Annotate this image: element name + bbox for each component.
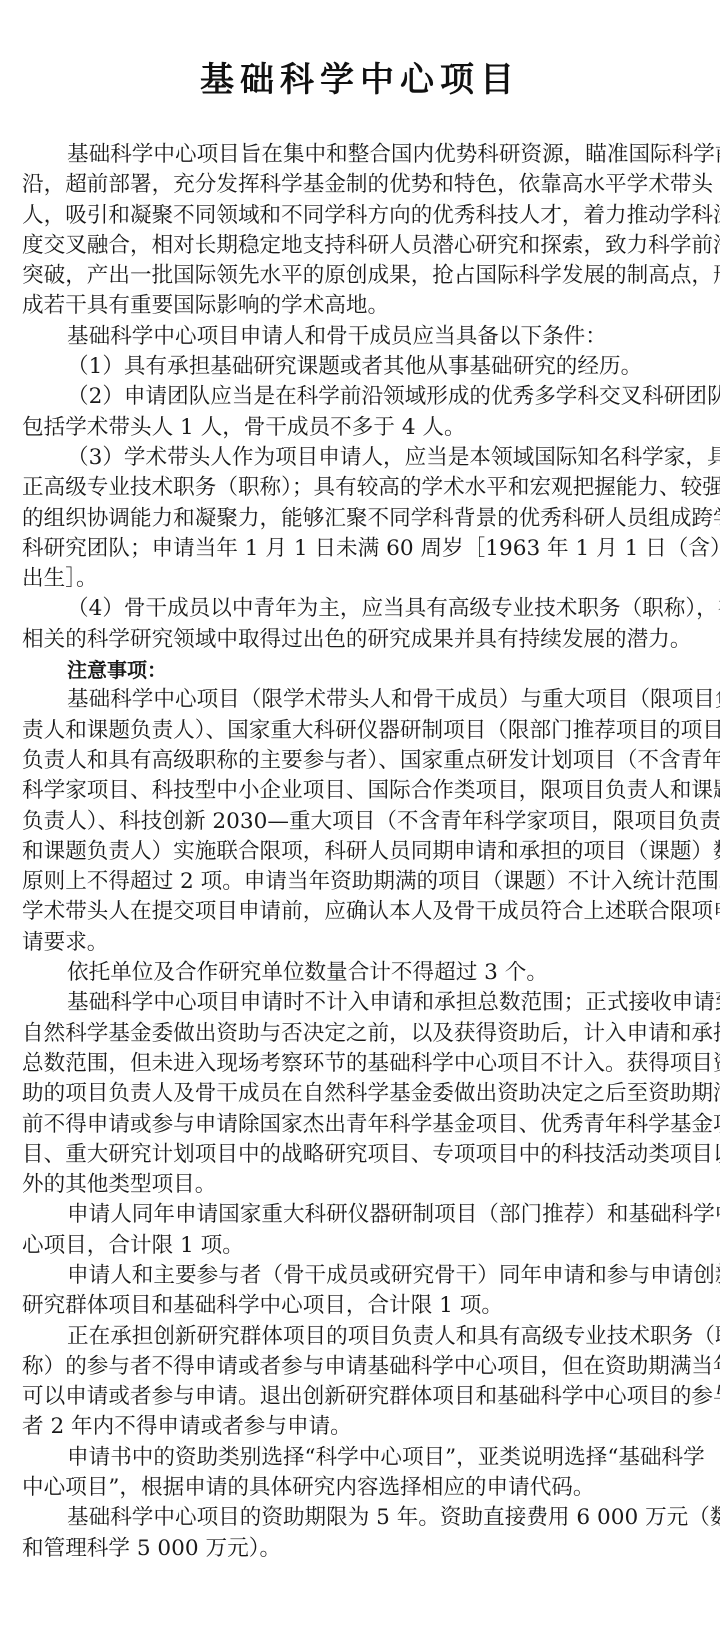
text-line: （2）申请团队应当是在科学前沿领域形成的优秀多学科交叉科研团队，	[22, 382, 698, 412]
text-line: 度交叉融合，相对长期稳定地支持科研人员潜心研究和探索，致力科学前沿	[22, 231, 698, 261]
text-line: 的组织协调能力和凝聚力，能够汇聚不同学科背景的优秀科研人员组成跨学	[22, 504, 698, 534]
text-line: 负责人）、科技创新 2030—重大项目（不含青年科学家项目，限项目负责人	[22, 807, 698, 837]
text-line: 基础科学中心项目申请人和骨干成员应当具备以下条件：	[22, 322, 698, 352]
text-line: 负责人和具有高级职称的主要参与者）、国家重点研发计划项目（不含青年	[22, 746, 698, 776]
section-heading: 注意事项：	[22, 655, 698, 685]
text-line: 科学家项目、科技型中小企业项目、国际合作类项目，限项目负责人和课题	[22, 776, 698, 806]
text-line: （4）骨干成员以中青年为主，应当具有高级专业技术职务（职称），在	[22, 594, 698, 624]
text-line: 责人和课题负责人）、国家重大科研仪器研制项目（限部门推荐项目的项目	[22, 716, 698, 746]
text-line: 和管理科学 5 000 万元）。	[22, 1534, 698, 1564]
text-line: 成若干具有重要国际影响的学术高地。	[22, 291, 698, 321]
text-line: 基础科学中心项目申请时不计入申请和承担总数范围；正式接收申请到	[22, 988, 698, 1018]
text-line: 申请书中的资助类别选择“科学中心项目”，亚类说明选择“基础科学	[22, 1443, 698, 1473]
text-line: 出生］。	[22, 564, 698, 594]
text-line: 基础科学中心项目旨在集中和整合国内优势科研资源，瞄准国际科学前	[22, 140, 698, 170]
text-line: 和课题负责人）实施联合限项，科研人员同期申请和承担的项目（课题）数	[22, 837, 698, 867]
text-line: 正在承担创新研究群体项目的项目负责人和具有高级专业技术职务（职	[22, 1322, 698, 1352]
text-line: 沿，超前部署，充分发挥科学基金制的优势和特色，依靠高水平学术带头	[22, 170, 698, 200]
text-line: 申请人和主要参与者（骨干成员或研究骨干）同年申请和参与申请创新	[22, 1261, 698, 1291]
text-line: 科研究团队；申请当年 1 月 1 日未满 60 周岁［1963 年 1 月 1 …	[22, 534, 698, 564]
text-line: 人，吸引和凝聚不同领域和不同学科方向的优秀科技人才，着力推动学科深	[22, 201, 698, 231]
document-body: 基础科学中心项目旨在集中和整合国内优势科研资源，瞄准国际科学前沿，超前部署，充分…	[22, 140, 698, 1564]
text-line: （1）具有承担基础研究课题或者其他从事基础研究的经历。	[22, 352, 698, 382]
text-line: 心项目，合计限 1 项。	[22, 1231, 698, 1261]
text-line: （3）学术带头人作为项目申请人，应当是本领域国际知名科学家，具有	[22, 443, 698, 473]
page-title: 基础科学中心项目	[0, 56, 720, 104]
text-line: 突破，产出一批国际领先水平的原创成果，抢占国际科学发展的制高点，形	[22, 261, 698, 291]
text-line: 总数范围，但未进入现场考察环节的基础科学中心项目不计入。获得项目资	[22, 1049, 698, 1079]
text-line: 外的其他类型项目。	[22, 1170, 698, 1200]
text-line: 原则上不得超过 2 项。申请当年资助期满的项目（课题）不计入统计范围。	[22, 867, 698, 897]
text-line: 目、重大研究计划项目中的战略研究项目、专项项目中的科技活动类项目以	[22, 1140, 698, 1170]
text-line: 基础科学中心项目（限学术带头人和骨干成员）与重大项目（限项目负	[22, 685, 698, 715]
text-line: 请要求。	[22, 928, 698, 958]
text-line: 前不得申请或参与申请除国家杰出青年科学基金项目、优秀青年科学基金项	[22, 1110, 698, 1140]
text-line: 研究群体项目和基础科学中心项目，合计限 1 项。	[22, 1291, 698, 1321]
text-line: 学术带头人在提交项目申请前，应确认本人及骨干成员符合上述联合限项申	[22, 897, 698, 927]
text-line: 依托单位及合作研究单位数量合计不得超过 3 个。	[22, 958, 698, 988]
text-line: 包括学术带头人 1 人，骨干成员不多于 4 人。	[22, 413, 698, 443]
text-line: 者 2 年内不得申请或者参与申请。	[22, 1412, 698, 1442]
text-line: 相关的科学研究领域中取得过出色的研究成果并具有持续发展的潜力。	[22, 625, 698, 655]
text-line: 申请人同年申请国家重大科研仪器研制项目（部门推荐）和基础科学中	[22, 1200, 698, 1230]
text-line: 自然科学基金委做出资助与否决定之前，以及获得资助后，计入申请和承担	[22, 1019, 698, 1049]
text-line: 中心项目”，根据申请的具体研究内容选择相应的申请代码。	[22, 1473, 698, 1503]
text-line: 称）的参与者不得申请或者参与申请基础科学中心项目，但在资助期满当年	[22, 1352, 698, 1382]
text-line: 基础科学中心项目的资助期限为 5 年。资助直接费用 6 000 万元（数学	[22, 1503, 698, 1533]
text-line: 正高级专业技术职务（职称）；具有较高的学术水平和宏观把握能力、较强	[22, 473, 698, 503]
text-line: 助的项目负责人及骨干成员在自然科学基金委做出资助决定之后至资助期满	[22, 1079, 698, 1109]
text-line: 可以申请或者参与申请。退出创新研究群体项目和基础科学中心项目的参与	[22, 1382, 698, 1412]
